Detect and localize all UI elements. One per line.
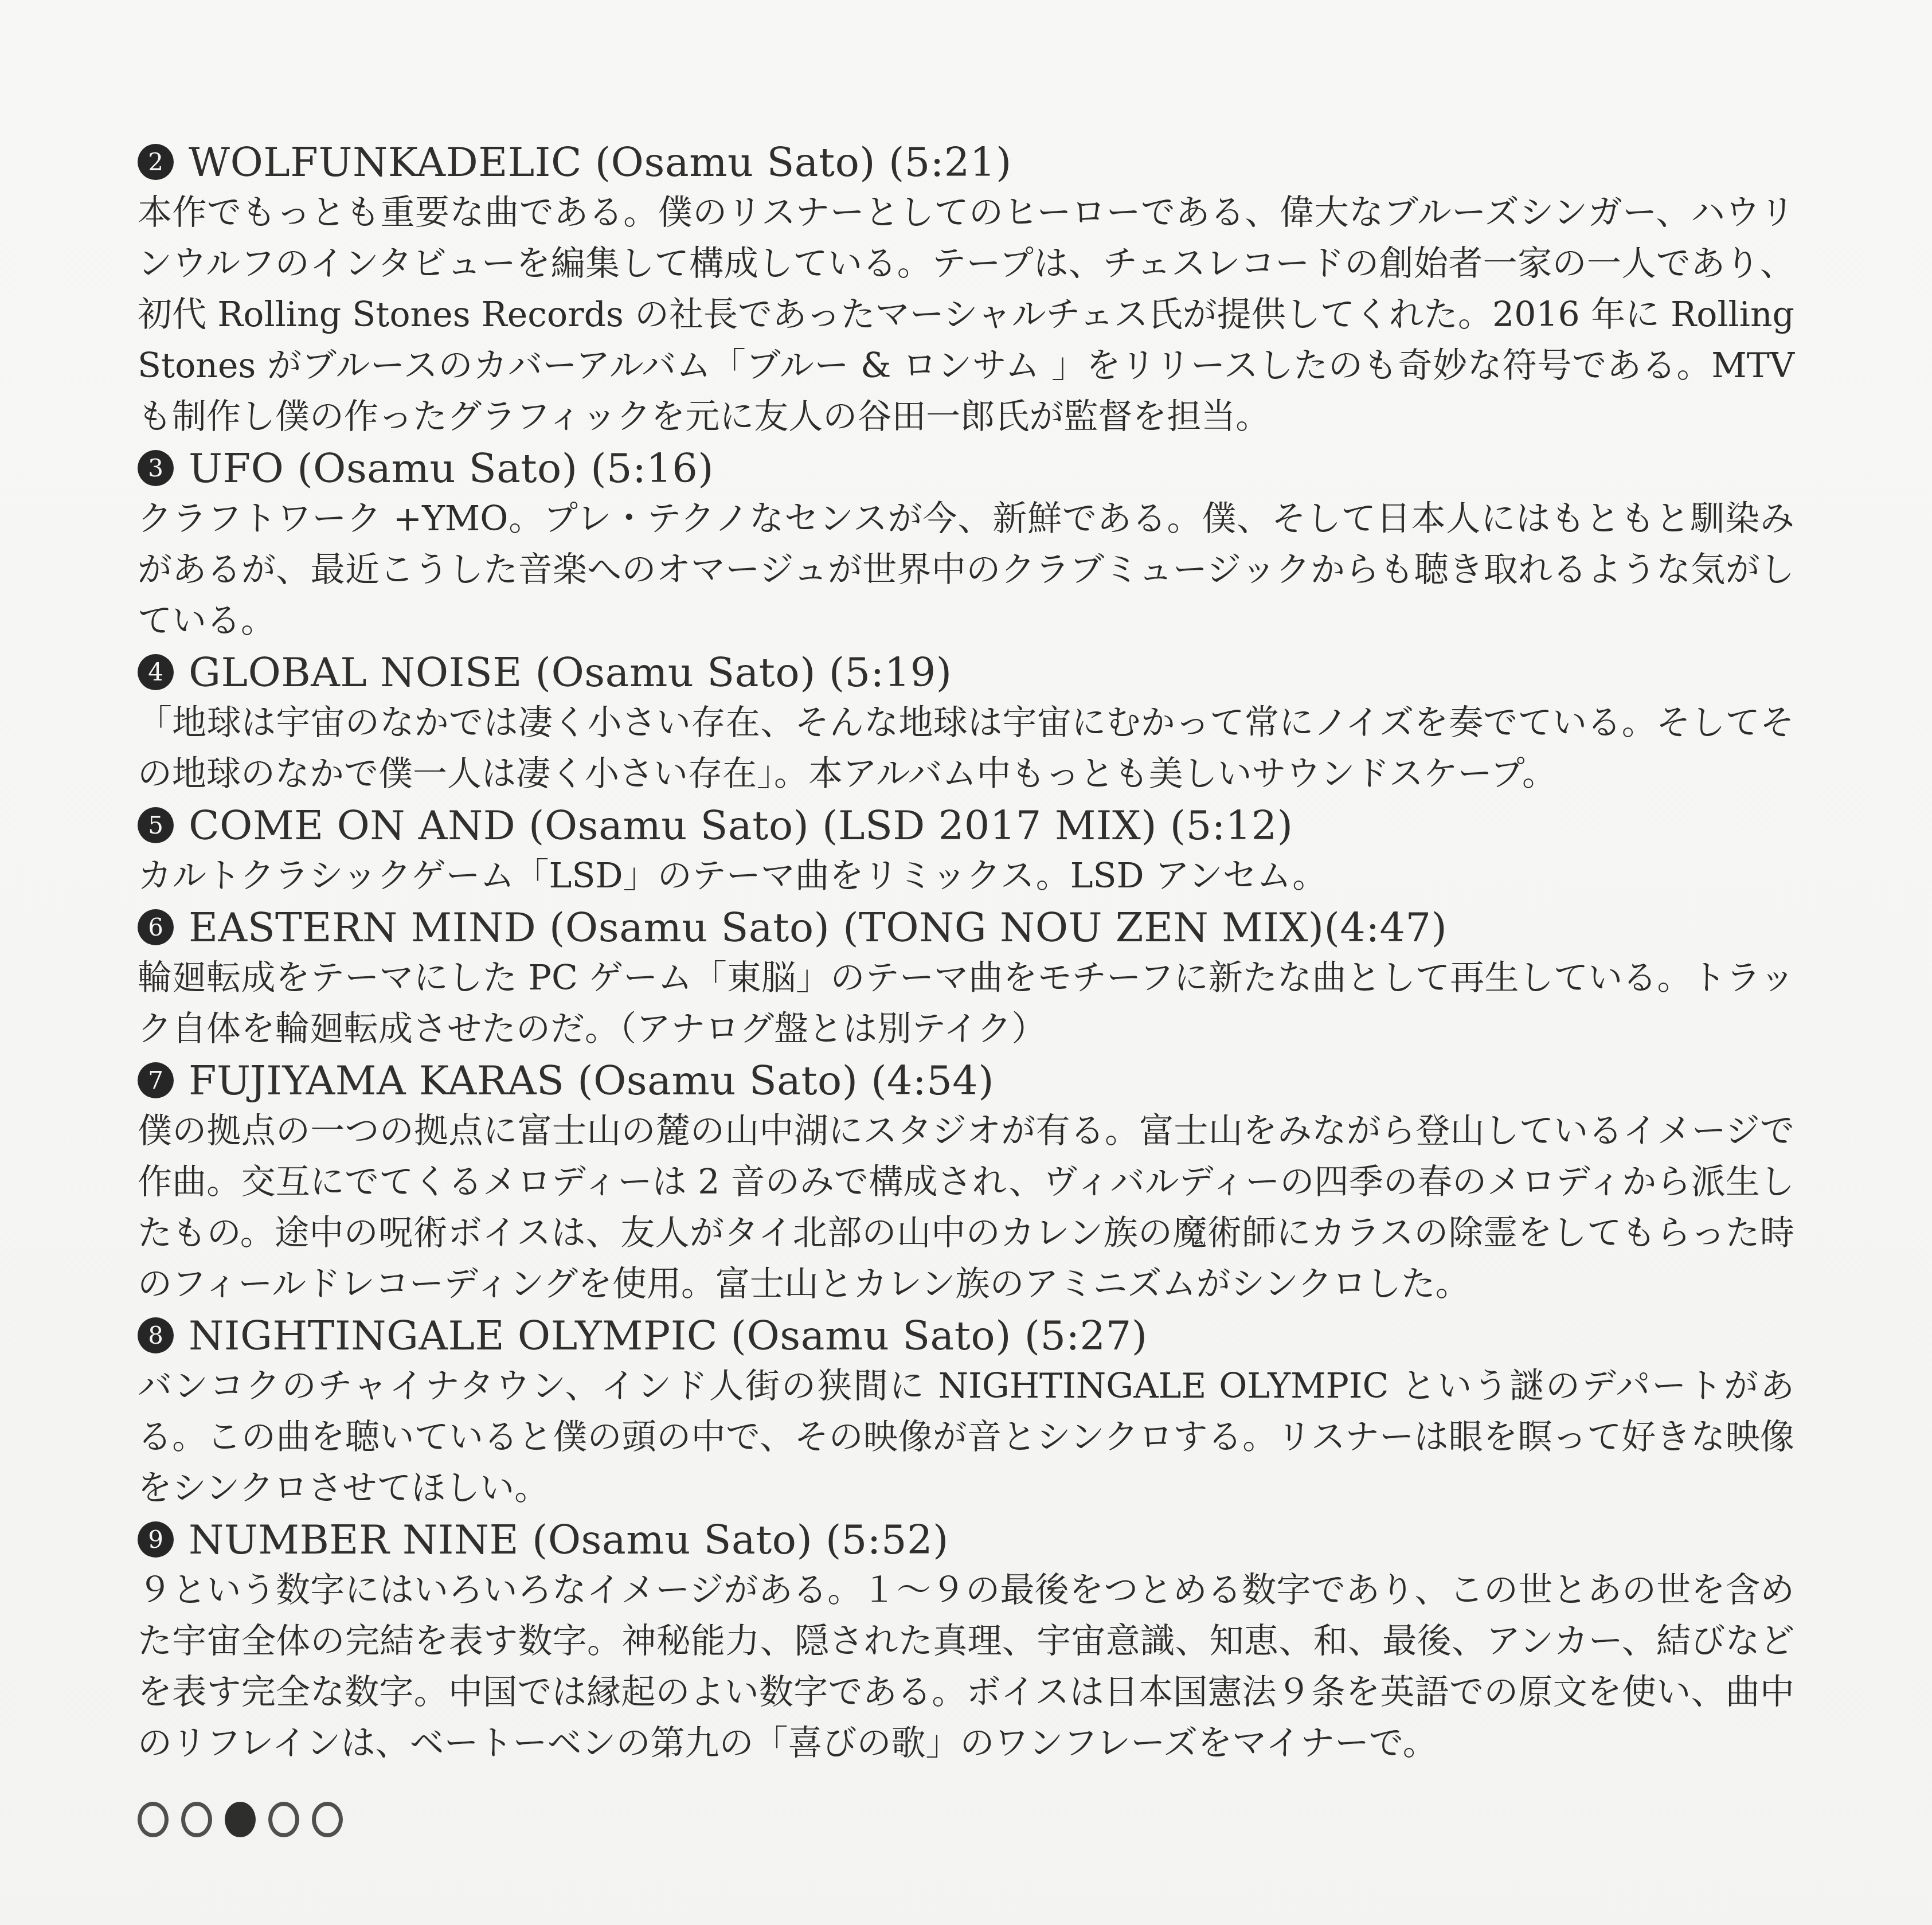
track-number-badge: 3	[138, 450, 174, 486]
track-item: 2 WOLFUNKADELIC (Osamu Sato) (5:21) 本作でも…	[138, 136, 1794, 443]
page-dot	[268, 1802, 299, 1837]
track-heading: 5 COME ON AND (Osamu Sato) (LSD 2017 MIX…	[138, 800, 1794, 851]
page-indicator	[138, 1802, 1794, 1837]
track-item: 8 NIGHTINGALE OLYMPIC (Osamu Sato) (5:27…	[138, 1310, 1794, 1514]
page-dot	[181, 1802, 212, 1837]
track-description: 僕の拠点の一つの拠点に富士山の麓の山中湖にスタジオが有る。富士山をみながら登山し…	[138, 1106, 1794, 1310]
track-title: UFO (Osamu Sato) (5:16)	[189, 445, 714, 492]
track-description: 輪廻転成をテーマにした PC ゲーム「東脳」のテーマ曲をモチーフに新たな曲として…	[138, 953, 1794, 1055]
track-number-badge: 7	[138, 1062, 174, 1098]
track-item: 5 COME ON AND (Osamu Sato) (LSD 2017 MIX…	[138, 800, 1794, 902]
page-dot-current	[225, 1802, 256, 1837]
track-item: 4 GLOBAL NOISE (Osamu Sato) (5:19) 「地球は宇…	[138, 647, 1794, 800]
track-item: 7 FUJIYAMA KARAS (Osamu Sato) (4:54) 僕の拠…	[138, 1055, 1794, 1310]
track-title: NUMBER NINE (Osamu Sato) (5:52)	[189, 1516, 949, 1563]
track-heading: 8 NIGHTINGALE OLYMPIC (Osamu Sato) (5:27…	[138, 1310, 1794, 1361]
track-heading: 4 GLOBAL NOISE (Osamu Sato) (5:19)	[138, 647, 1794, 698]
track-description: カルトクラシックゲーム「LSD」のテーマ曲をリミックス。LSD アンセム。	[138, 851, 1794, 902]
track-item: 3 UFO (Osamu Sato) (5:16) クラフトワーク +YMO。プ…	[138, 443, 1794, 647]
page-dot	[138, 1802, 169, 1837]
track-heading: 2 WOLFUNKADELIC (Osamu Sato) (5:21)	[138, 136, 1794, 187]
track-number-badge: 2	[138, 144, 174, 180]
track-number-badge: 6	[138, 909, 174, 945]
track-title: COME ON AND (Osamu Sato) (LSD 2017 MIX) …	[189, 802, 1293, 849]
track-heading: 6 EASTERN MIND (Osamu Sato) (TONG NOU ZE…	[138, 902, 1794, 953]
track-heading: 9 NUMBER NINE (Osamu Sato) (5:52)	[138, 1514, 1794, 1565]
track-number-badge: 4	[138, 654, 174, 690]
track-number-badge: 9	[138, 1521, 174, 1558]
track-title: EASTERN MIND (Osamu Sato) (TONG NOU ZEN …	[189, 904, 1447, 951]
track-title: NIGHTINGALE OLYMPIC (Osamu Sato) (5:27)	[189, 1312, 1148, 1359]
track-description: 「地球は宇宙のなかでは凄く小さい存在、そんな地球は宇宙にむかって常にノイズを奏で…	[138, 698, 1794, 800]
track-title: WOLFUNKADELIC (Osamu Sato) (5:21)	[189, 139, 1012, 186]
track-list: 2 WOLFUNKADELIC (Osamu Sato) (5:21) 本作でも…	[138, 136, 1794, 1769]
track-description: ９という数字にはいろいろなイメージがある。１～９の最後をつとめる数字であり、この…	[138, 1565, 1794, 1769]
track-item: 9 NUMBER NINE (Osamu Sato) (5:52) ９という数字…	[138, 1514, 1794, 1769]
track-number-badge: 8	[138, 1317, 174, 1353]
liner-notes-page: 2 WOLFUNKADELIC (Osamu Sato) (5:21) 本作でも…	[0, 0, 1932, 1925]
track-heading: 7 FUJIYAMA KARAS (Osamu Sato) (4:54)	[138, 1055, 1794, 1106]
track-item: 6 EASTERN MIND (Osamu Sato) (TONG NOU ZE…	[138, 902, 1794, 1055]
track-heading: 3 UFO (Osamu Sato) (5:16)	[138, 443, 1794, 494]
track-description: クラフトワーク +YMO。プレ・テクノなセンスが今、新鮮である。僕、そして日本人…	[138, 494, 1794, 647]
track-number-badge: 5	[138, 807, 174, 843]
track-description: バンコクのチャイナタウン、インド人街の狭間に NIGHTINGALE OLYMP…	[138, 1361, 1794, 1514]
track-title: GLOBAL NOISE (Osamu Sato) (5:19)	[189, 649, 952, 696]
page-dot	[312, 1802, 343, 1837]
track-title: FUJIYAMA KARAS (Osamu Sato) (4:54)	[189, 1057, 994, 1104]
track-description: 本作でもっとも重要な曲である。僕のリスナーとしてのヒーローである、偉大なブルーズ…	[138, 187, 1794, 443]
